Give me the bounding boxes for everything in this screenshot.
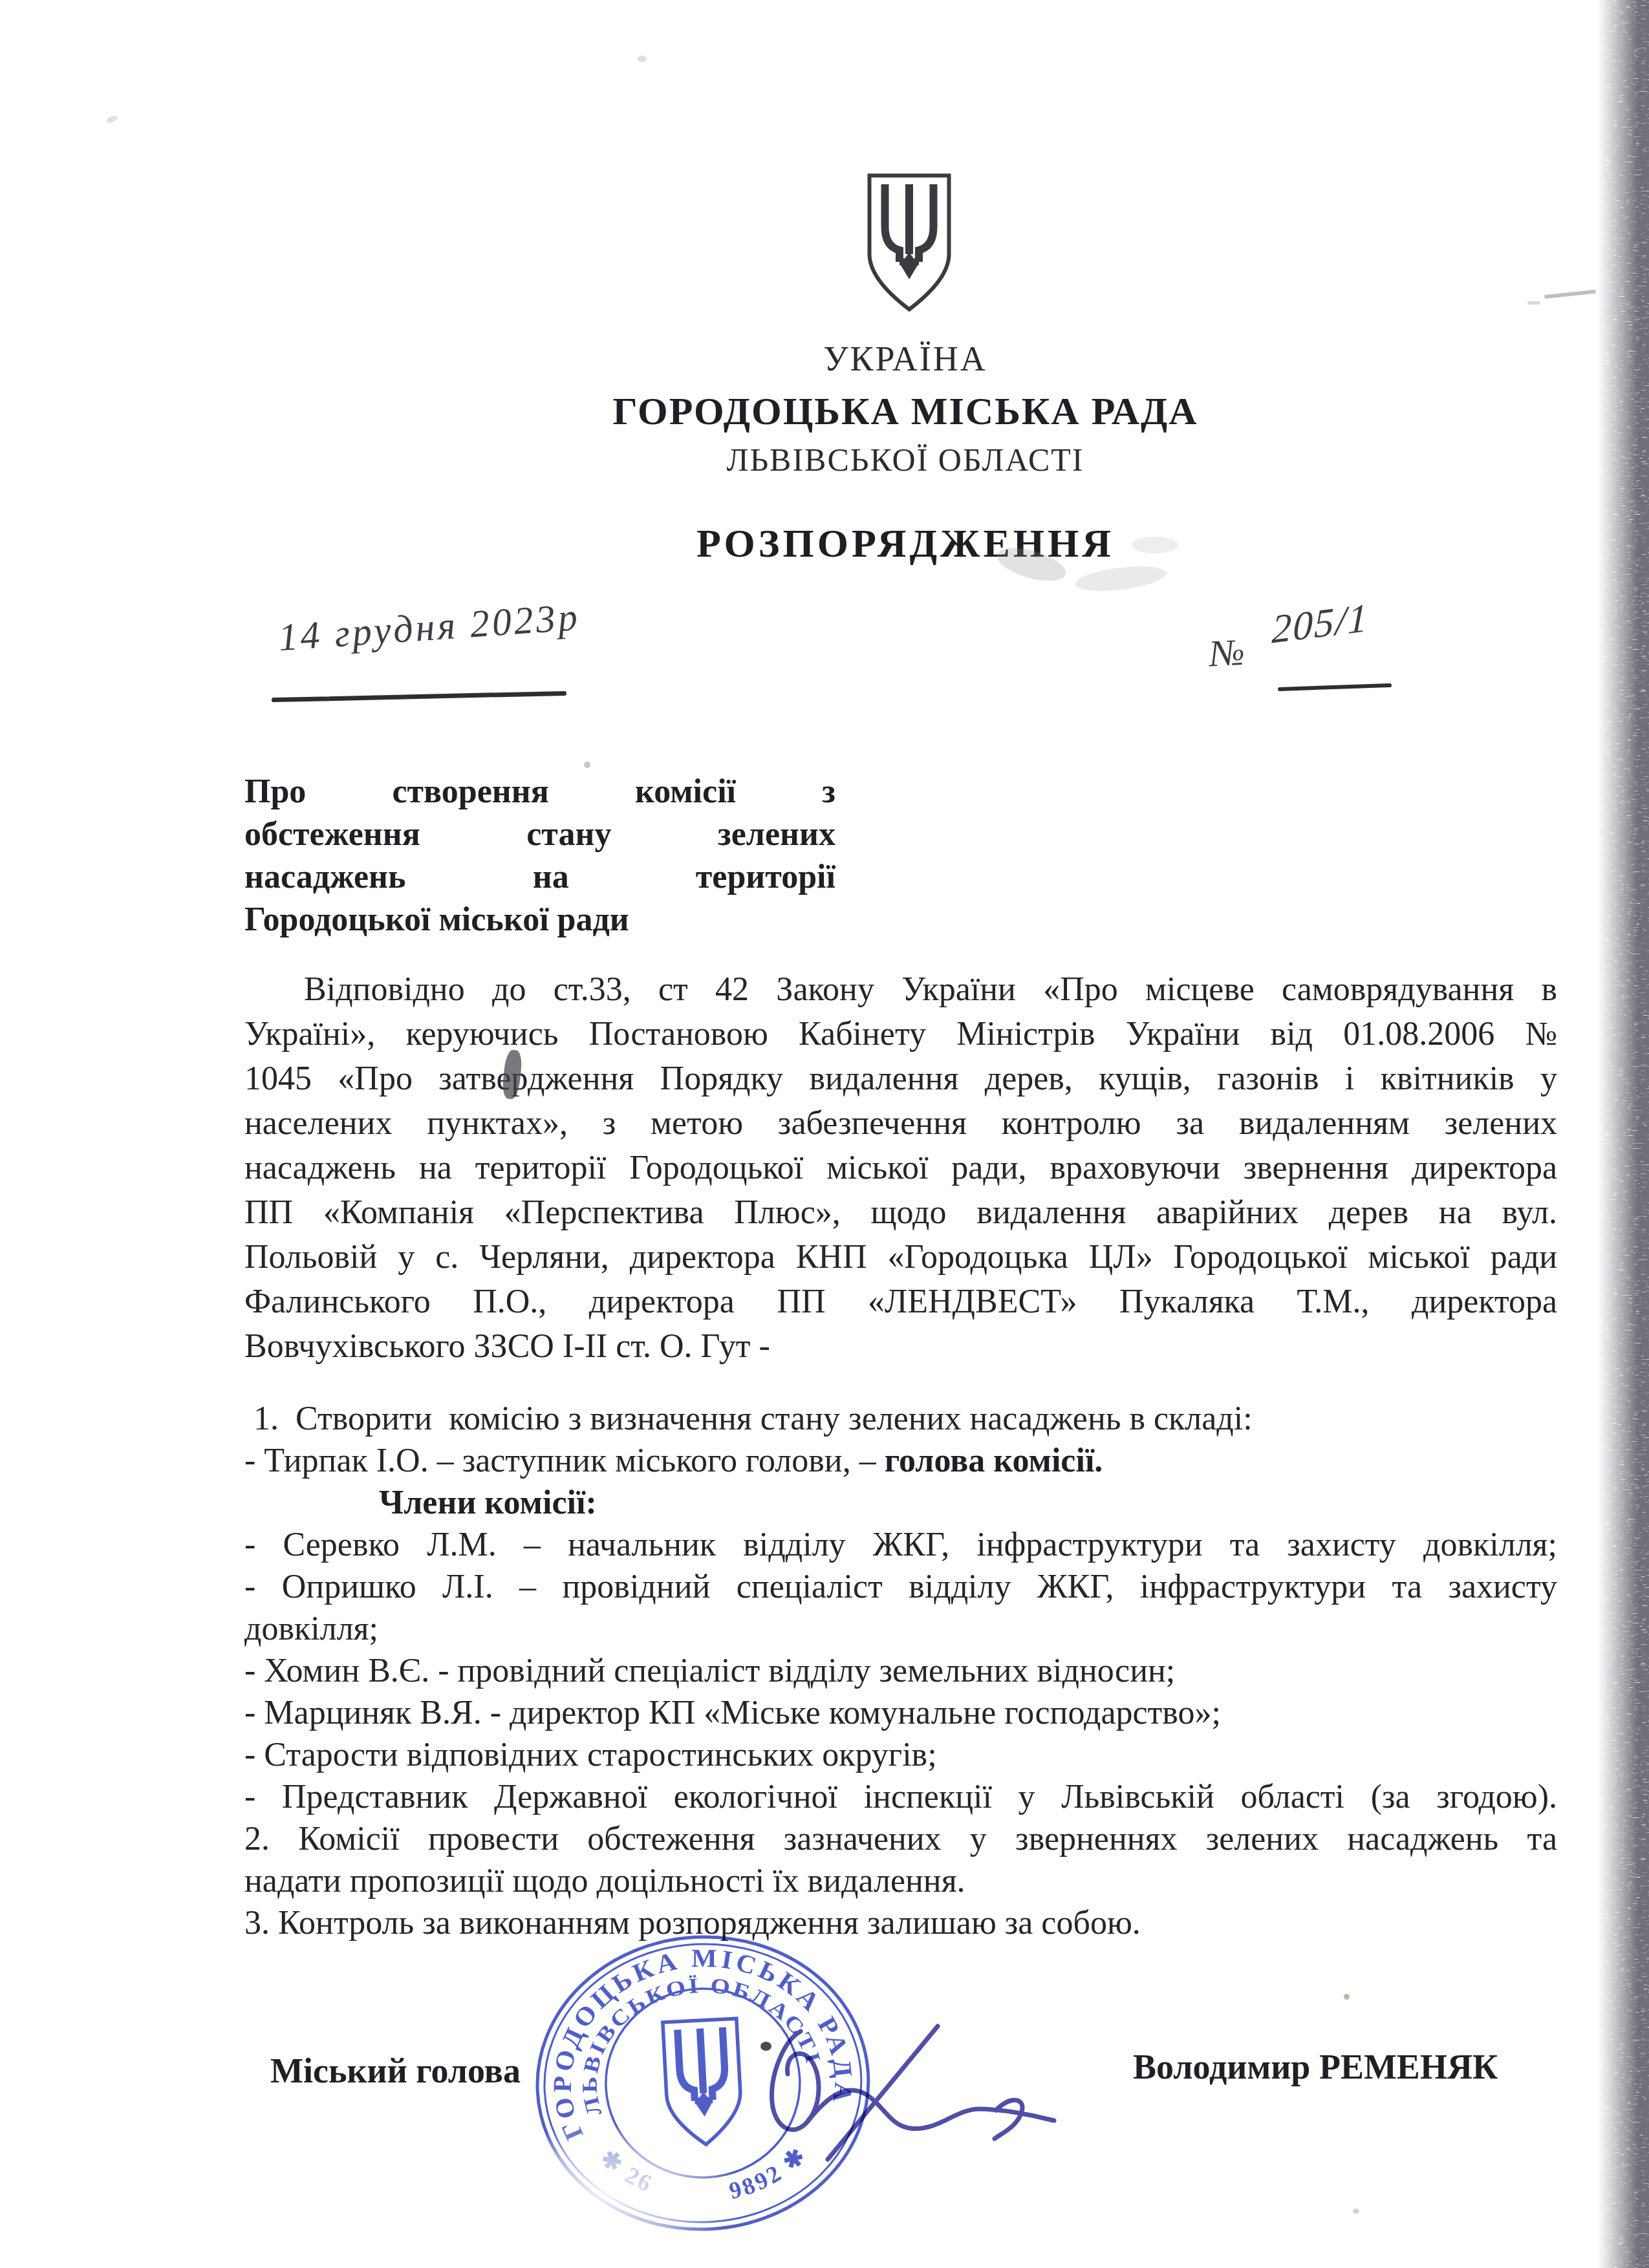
handwritten-date: 14 грудня 2023р — [277, 595, 581, 660]
number-sign-label: № — [1208, 630, 1245, 676]
member-item: - Хомин В.Є. - провідний спеціаліст відд… — [244, 1650, 1557, 1692]
members-heading: Члени комісії: — [244, 1482, 1557, 1524]
paragraph-line: 1045 «Про затвердження Порядку видалення… — [244, 1056, 1557, 1101]
list-item-head-of-commission: - Тирпак І.О. – заступник міського голов… — [244, 1440, 1557, 1482]
member-item: - Опришко Л.І. – провідний спеціаліст ві… — [244, 1566, 1557, 1608]
paragraph-line: насаджень на території Городоцької міськ… — [244, 1146, 1557, 1190]
member-item-continuation: довкілля; — [244, 1608, 1557, 1650]
scan-edge-noise — [1597, 0, 1649, 2268]
signer-name: Володимир РЕМЕНЯК — [1133, 2047, 1498, 2087]
subject-line: насаджень на території — [244, 856, 835, 899]
document-type-title: РОЗПОРЯДЖЕННЯ — [162, 521, 1649, 567]
list-item-2-continuation: надати пропозиції щодо доцільності їх ви… — [244, 1860, 1557, 1902]
paragraph-line: Відповідно до ст.33, ст 42 Закону Україн… — [244, 967, 1557, 1012]
handwritten-number: 205/1 — [1271, 595, 1369, 653]
scan-speck — [584, 762, 590, 768]
signature-mark — [634, 2012, 1086, 2174]
scan-smudge — [1132, 537, 1178, 553]
signer-position-title: Міський голова — [270, 2051, 521, 2091]
header-country: УКРАЇНА — [162, 339, 1649, 379]
number-underline — [1278, 683, 1392, 691]
paragraph-line: населених пунктах», з метою забезпечення… — [244, 1101, 1557, 1146]
subject-line: обстеження стану зелених — [244, 813, 835, 856]
list-item-1: 1. Створити комісію з визначення стану з… — [244, 1398, 1557, 1440]
paragraph-line: Україні», керуючись Постановою Кабінету … — [244, 1012, 1557, 1056]
scan-speck — [760, 2042, 771, 2051]
member-item: - Марциняк В.Я. - директор КП «Міське ко… — [244, 1692, 1557, 1734]
member-item: - Представник Державної екологічної інсп… — [244, 1776, 1557, 1818]
scan-speck — [105, 114, 118, 124]
header-region: ЛЬВІВСЬКОЇ ОБЛАСТІ — [162, 441, 1649, 478]
scanned-document-page: УКРАЇНА ГОРОДОЦЬКА МІСЬКА РАДА ЛЬВІВСЬКО… — [0, 0, 1649, 2268]
date-underline — [272, 691, 566, 702]
preamble-paragraph: Відповідно до ст.33, ст 42 Закону Україн… — [244, 967, 1557, 1369]
subject-line: Про створення комісії з — [244, 771, 835, 813]
paragraph-line: Польовій у с. Черляни, директора КНП «Го… — [244, 1235, 1557, 1279]
member-role-bold: голова комісії. — [885, 1442, 1103, 1479]
member-text: - Тирпак І.О. – заступник міського голов… — [244, 1442, 885, 1479]
scan-speck — [1353, 2209, 1359, 2214]
header-council-name: ГОРОДОЦЬКА МІСЬКА РАДА — [162, 389, 1649, 434]
scan-smudge — [1073, 562, 1167, 595]
list-item-3: 3. Контроль за виконанням розпорядження … — [244, 1902, 1557, 1944]
member-item: - Серевко Л.М. – начальник відділу ЖКГ, … — [244, 1524, 1557, 1566]
paragraph-line: Фалинського П.О., директора ПП «ЛЕНДВЕСТ… — [244, 1279, 1557, 1324]
coat-of-arms-icon — [861, 169, 958, 316]
list-item-2: 2. Комісії провести обстеження зазначени… — [244, 1818, 1557, 1860]
pencil-dash — [1527, 301, 1540, 305]
subject-block: Про створення комісії з обстеження стану… — [244, 771, 835, 941]
commission-list: 1. Створити комісію з визначення стану з… — [244, 1398, 1557, 1944]
paragraph-line: Вовчухівського ЗЗСО І-ІІ ст. О. Гут - — [244, 1324, 1557, 1369]
subject-line: Городоцької міської ради — [244, 899, 835, 941]
scan-speck — [638, 56, 647, 62]
scan-speck — [1344, 1994, 1350, 2000]
paragraph-line: ПП «Компанія «Перспектива Плюс», щодо ви… — [244, 1190, 1557, 1235]
pencil-dash — [1544, 290, 1596, 299]
member-item: - Старости відповідних старостинських ок… — [244, 1734, 1557, 1776]
